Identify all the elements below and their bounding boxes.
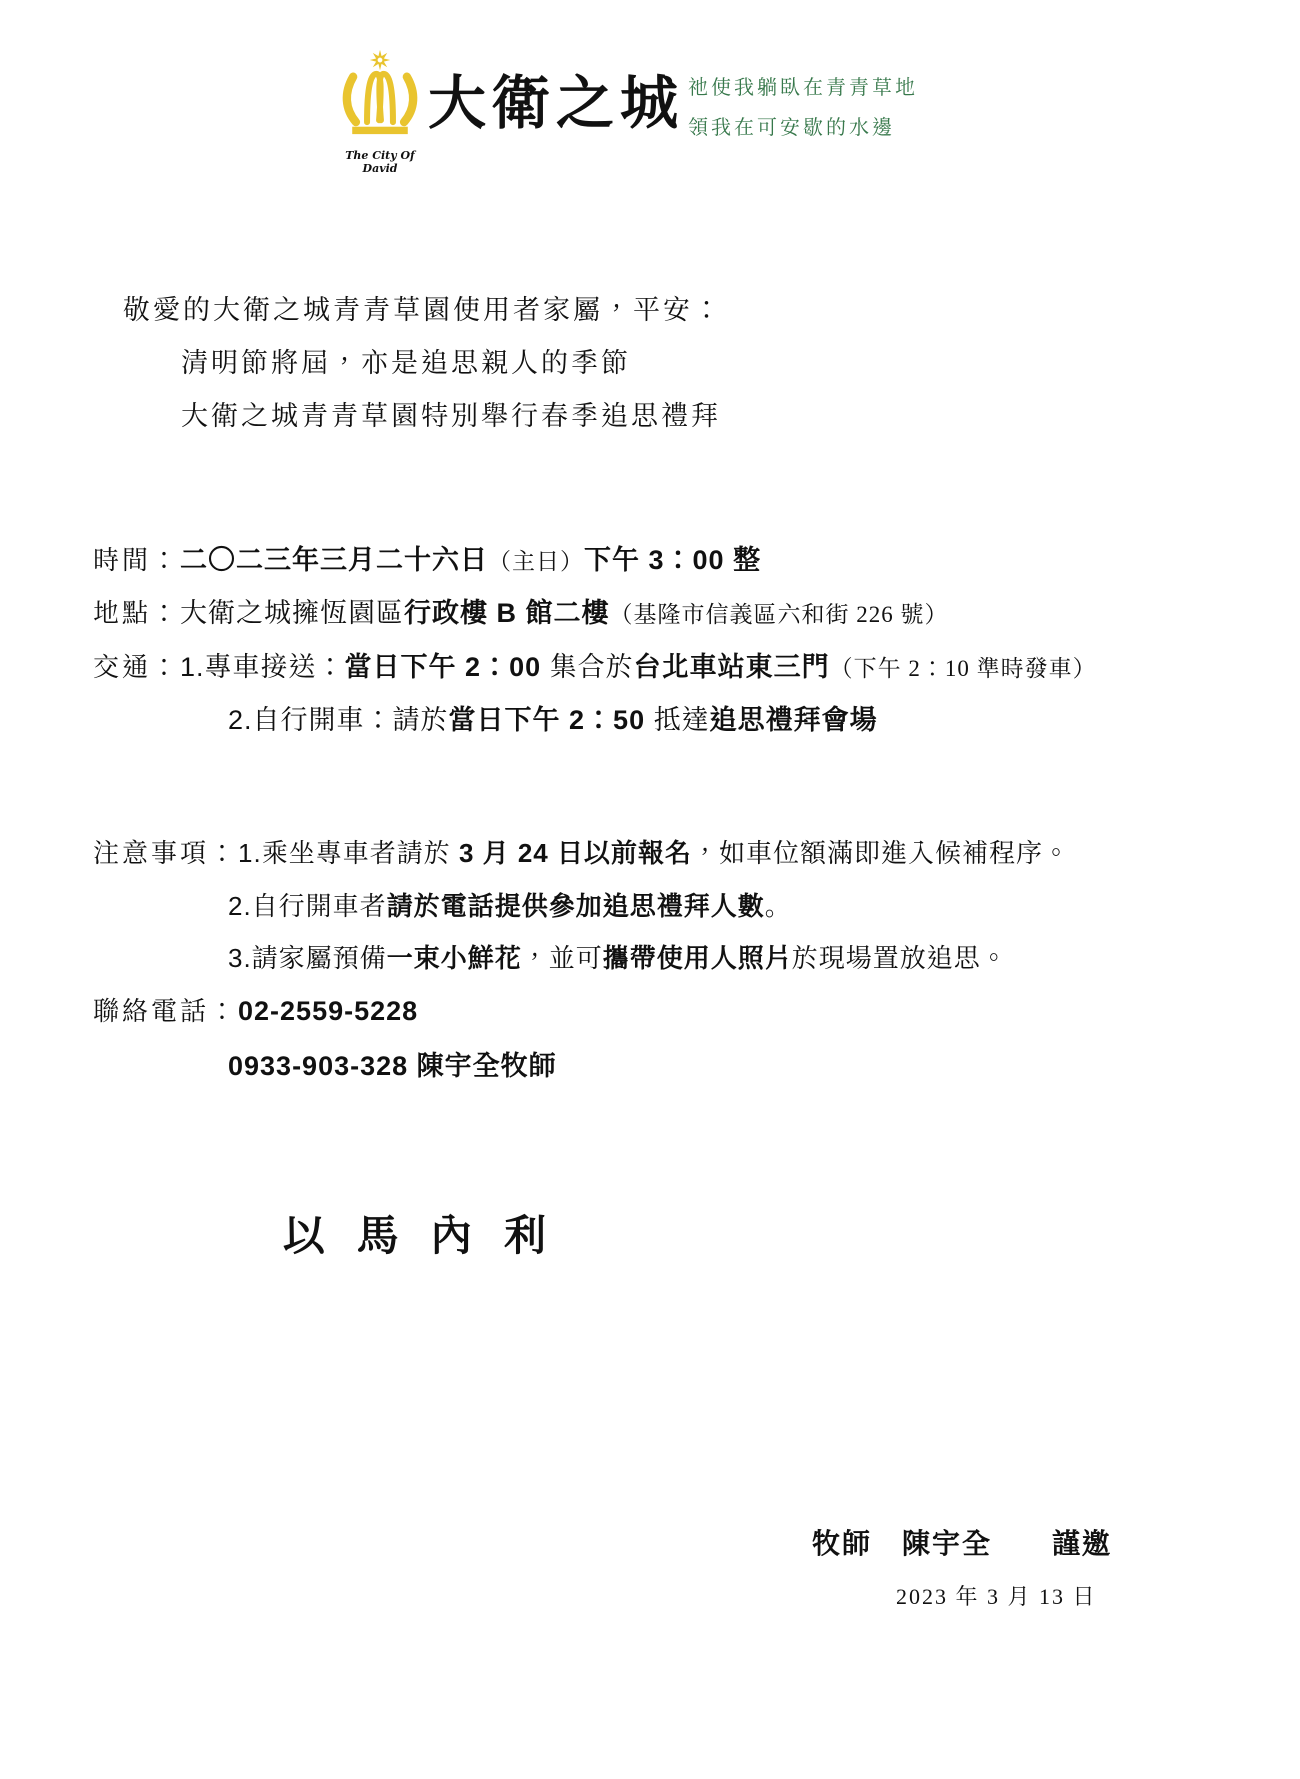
verse-line-1: 祂使我躺臥在青青草地 (688, 68, 918, 108)
note-3-mid: ，並可 (522, 938, 603, 975)
contact-label: 聯絡電話： (93, 991, 238, 1028)
note-2-prefix: 2.自行開車者 (228, 886, 387, 923)
crown-right-arc (404, 77, 413, 122)
transport-1-note: （下午 2：10 準時發車） (830, 650, 1097, 683)
time-date: 二〇二三年三月二十六日 (180, 538, 488, 577)
transport-2-time: 當日下午 2：50 (449, 698, 646, 737)
signature-text: 牧師 陳宇全 謹邀 (812, 1522, 1112, 1562)
crown-base (352, 127, 408, 134)
logo-caption: The City Of David (326, 149, 434, 175)
transport-1-mid: 集合於 (541, 645, 634, 684)
star-center (378, 58, 383, 63)
notes-line-2: 2.自行開車者 請於電話提供參加追思禮拜人數 。 (228, 886, 792, 923)
time-value: 下午 3：00 整 (584, 538, 761, 577)
greeting-text-1: 敬愛的大衛之城青青草園使用者家屬，平安： (123, 288, 723, 327)
time-line: 時間： 二〇二三年三月二十六日 （主日） 下午 3：00 整 (93, 538, 761, 577)
crown-logo-icon (329, 48, 431, 148)
note-2-bold: 請於電話提供參加追思禮拜人數 (387, 886, 765, 923)
contact-phone-1: 02-2559-5228 (238, 996, 418, 1027)
invitation-letter-page: The City Of David 大衛之城 祂使我躺臥在青青草地 領我在可安歇… (0, 0, 1300, 1779)
note-2-rest: 。 (765, 886, 792, 923)
location-park: 大衛之城擁恆園區 (180, 591, 404, 630)
transport-line-1: 交通： 1.專車接送： 當日下午 2：00 集合於 台北車站東三門 （下午 2：… (93, 645, 1097, 684)
verse-line-2: 領我在可安歇的水邊 (688, 108, 918, 148)
note-3-rest: 於現場置放追思。 (792, 938, 1008, 975)
date-line: 2023 年 3 月 13 日 (896, 1580, 1097, 1611)
transport-1-prefix: 1.專車接送： (180, 645, 345, 684)
city-of-david-logo: The City Of David (326, 48, 434, 175)
transport-label: 交通： (93, 647, 180, 684)
transport-1-time: 當日下午 2：00 (345, 645, 542, 684)
location-building: 行政樓 B 館二樓 (404, 591, 610, 630)
note-3-bold-1: 一束小鮮花 (387, 938, 522, 975)
location-address: （基隆市信義區六和街 226 號） (610, 596, 949, 629)
greeting-text-2: 清明節將屆，亦是追思親人的季節 (181, 341, 631, 380)
note-3-bold-2: 攜帶使用人照片 (603, 938, 792, 975)
time-label: 時間： (93, 540, 180, 577)
emmanuel-text: 以 馬 內 利 (283, 1203, 556, 1263)
note-1-prefix: 1.乘坐專車者請於 (238, 833, 459, 870)
brand-title: 大衛之城 (428, 56, 684, 140)
crown-left-arc (347, 77, 356, 122)
location-line: 地點： 大衛之城擁恆園區 行政樓 B 館二樓 （基隆市信義區六和街 226 號） (93, 591, 949, 630)
signature-line: 牧師 陳宇全 謹邀 (812, 1522, 1112, 1562)
scripture-verse: 祂使我躺臥在青青草地 領我在可安歇的水邊 (688, 68, 918, 148)
date-text: 2023 年 3 月 13 日 (896, 1580, 1097, 1611)
contact-line-1: 聯絡電話： 02-2559-5228 (93, 991, 418, 1028)
note-1-rest: ，如車位額滿即進入候補程序。 (692, 833, 1070, 870)
transport-2-mid: 抵達 (645, 698, 710, 737)
contact-phone-2: 0933-903-328 陳宇全牧師 (228, 1044, 557, 1083)
greeting-line-3: 大衛之城青青草園特別舉行春季追思禮拜 (181, 394, 721, 433)
notes-label: 注意事項： (93, 833, 238, 870)
time-weekday: （主日） (488, 543, 584, 576)
greeting-text-3: 大衛之城青青草園特別舉行春季追思禮拜 (181, 394, 721, 433)
transport-line-2: 2.自行開車：請於 當日下午 2：50 抵達 追思禮拜會場 (228, 698, 878, 737)
greeting-line-2: 清明節將屆，亦是追思親人的季節 (181, 341, 631, 380)
note-3-prefix: 3.請家屬預備 (228, 938, 387, 975)
greeting-line-1: 敬愛的大衛之城青青草園使用者家屬，平安： (123, 288, 723, 327)
note-1-bold: 3 月 24 日以前報名 (459, 833, 692, 870)
emmanuel-line: 以 馬 內 利 (283, 1203, 556, 1263)
transport-2-prefix: 2.自行開車：請於 (228, 698, 449, 737)
contact-line-2: 0933-903-328 陳宇全牧師 (228, 1044, 557, 1083)
location-label: 地點： (93, 593, 180, 630)
transport-1-place: 台北車站東三門 (634, 645, 830, 684)
notes-line-1: 注意事項： 1.乘坐專車者請於 3 月 24 日以前報名 ，如車位額滿即進入候補… (93, 833, 1070, 870)
transport-2-place: 追思禮拜會場 (710, 698, 878, 737)
notes-line-3: 3.請家屬預備 一束小鮮花 ，並可 攜帶使用人照片 於現場置放追思。 (228, 938, 1008, 975)
crown-middle-loop-right (379, 74, 393, 122)
